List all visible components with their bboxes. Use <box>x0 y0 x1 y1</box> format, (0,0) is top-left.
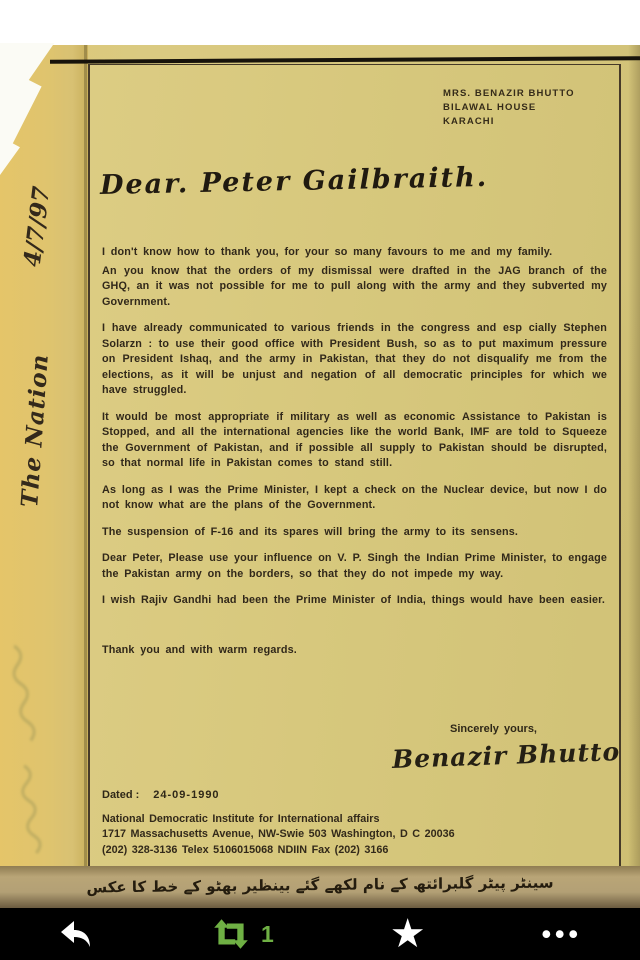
back-arrow-icon <box>58 918 94 950</box>
letter-paragraph: It would be most appropriate if military… <box>102 410 607 472</box>
media-toolbar: 1 ★ ••• <box>0 908 640 960</box>
caption-strip: سینٹر پیٹر گلبرائتھ کے نام لکھے گئے بینظ… <box>0 866 640 908</box>
letterhead-line: KARACHI <box>443 115 593 129</box>
letter-paragraph: As long as I was the Prime Minister, I k… <box>102 483 607 514</box>
letter-body: I don't know how to thank you, for your … <box>102 245 607 669</box>
letter-paragraph: I wish Rajiv Gandhi had been the Prime M… <box>102 593 607 609</box>
page-top-rule <box>50 56 640 64</box>
retweet-button[interactable]: 1 <box>210 917 274 951</box>
star-icon: ★ <box>390 914 426 954</box>
letter-paragraph: An you know that the orders of my dismis… <box>102 264 607 311</box>
letterhead: MRS. BENAZIR BHUTTOBILAWAL HOUSEKARACHI <box>443 87 593 129</box>
footer-line: (202) 328-3136 Telex 5106015068 NDIIN Fa… <box>102 843 455 858</box>
date-value: 24-09-1990 <box>153 789 219 801</box>
date-line: Dated :24-09-1990 <box>102 789 220 801</box>
footer-line: National Democratic Institute for Intern… <box>102 812 455 827</box>
paper-right-shade <box>628 45 640 866</box>
letter-paragraph: I have already communicated to various f… <box>102 321 607 399</box>
letter-paragraph: Thank you and with warm regards. <box>102 643 607 659</box>
favorite-button[interactable]: ★ <box>390 914 426 954</box>
more-button[interactable]: ••• <box>542 919 582 949</box>
signature: Benazir Bhutto <box>392 737 621 775</box>
letter-paragraph: The suspension of F-16 and its spares wi… <box>102 525 607 541</box>
letterhead-line: BILAWAL HOUSE <box>443 101 593 115</box>
retweet-icon <box>210 917 252 951</box>
ellipsis-icon: ••• <box>542 919 582 949</box>
letter-footer: National Democratic Institute for Intern… <box>102 812 455 858</box>
letter-page: MRS. BENAZIR BHUTTOBILAWAL HOUSEKARACHI … <box>88 64 621 869</box>
salutation: Dear. Peter Gailbraith. <box>100 163 489 201</box>
footer-line: 1717 Massachusetts Avenue, NW-Swie 503 W… <box>102 827 455 842</box>
date-label: Dated : <box>102 789 139 801</box>
paper-crease <box>84 45 87 866</box>
letter-paragraph: Dear Peter, Please use your influence on… <box>102 551 607 582</box>
letter-photo[interactable]: 4/7/97 The Nation MRS. BENAZIR BHUTTOBIL… <box>0 45 640 908</box>
urdu-caption: سینٹر پیٹر گلبرائتھ کے نام لکھے گئے بینظ… <box>0 863 640 908</box>
letter-paragraph: I don't know how to thank you, for your … <box>102 245 607 261</box>
sign-off: Sincerely yours, <box>450 723 537 735</box>
back-button[interactable] <box>58 918 94 950</box>
letterhead-line: MRS. BENAZIR BHUTTO <box>443 87 593 101</box>
retweet-count: 1 <box>261 921 274 948</box>
